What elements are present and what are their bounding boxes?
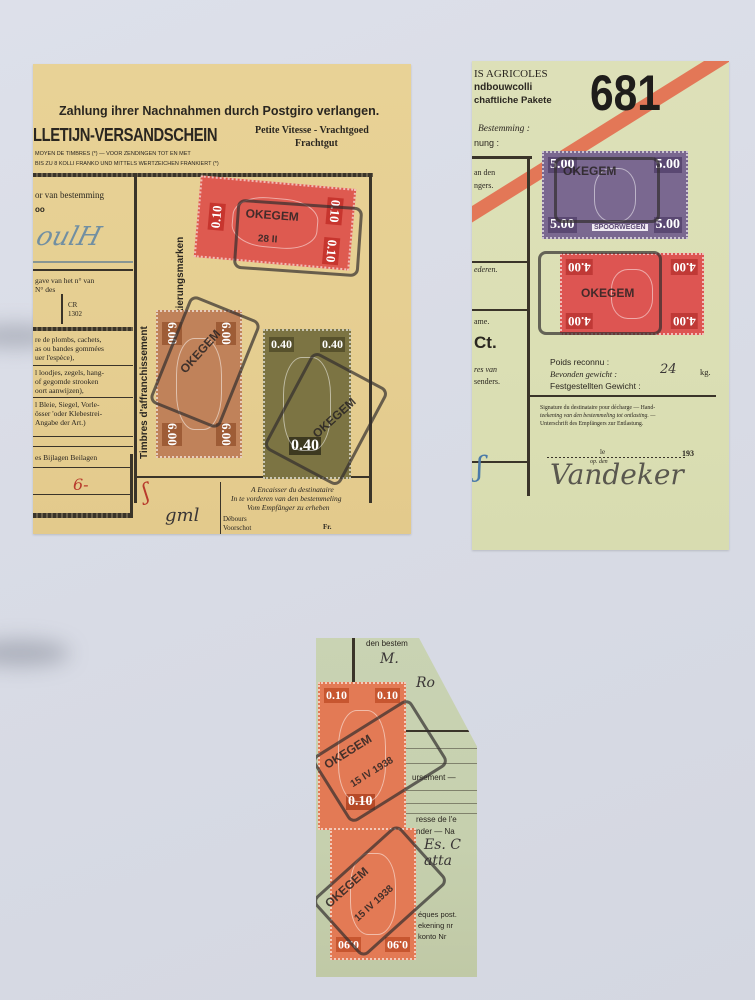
stamp-value: 0.10: [208, 203, 226, 231]
header-text: Zahlung ihrer Nachnahmen durch Postgiro …: [59, 105, 379, 118]
stamp-value: 0.90: [385, 937, 410, 952]
right-consignment-fragment: IS AGRICOLES ndbouwcolli chaftliche Pake…: [472, 61, 729, 550]
sig-line-2: teekening van den bestemmeling tot ontla…: [540, 414, 655, 420]
handwriting-red-2: ʃ: [139, 482, 152, 505]
vertical-label-2: kierungsmarken: [176, 237, 186, 314]
bestemming-label: Bestemming :: [478, 125, 530, 135]
stamp-value: 4.00: [671, 313, 698, 329]
rule: [33, 269, 133, 271]
postmark-text: OKEGEM: [563, 164, 616, 178]
vertical-label-1: Timbres d'affranchissement: [140, 326, 150, 459]
ref-label-2: N° des: [35, 286, 55, 294]
postmark-text: OKEGEM: [310, 395, 359, 441]
rule: [406, 813, 477, 814]
header-text-3: chaftliche Pakete: [474, 96, 552, 106]
sig-line-1: Signature du destinataire pour décharge …: [540, 406, 655, 412]
collect-line-3: Vom Empfänger zu erheben: [247, 504, 330, 512]
weight-handwritten: 24: [660, 363, 677, 376]
van-den-label: an den: [474, 169, 495, 177]
rule: [530, 395, 716, 397]
seals-de-1: l Bleie, Siegel, Vorle-: [35, 401, 100, 409]
cheques-1: éques post.: [418, 911, 457, 919]
rule: [406, 790, 477, 791]
rule: [33, 446, 133, 447]
seals-nl-1: l loodjes, zegels, hang-: [35, 369, 104, 377]
consignment-number: 681: [590, 68, 661, 118]
signature: Vandeker: [550, 461, 684, 489]
rule: [352, 638, 355, 688]
rule: [527, 156, 530, 496]
attachments-label: es Bijlagen Beilagen: [35, 454, 97, 462]
cancel-postmark: OKEGEM: [538, 251, 662, 335]
rule: [134, 173, 137, 503]
rule: [33, 513, 133, 518]
rule: [472, 156, 532, 159]
rule: [369, 173, 372, 503]
header-text-1: IS AGRICOLES: [474, 69, 548, 80]
ngers-label: ngers.: [474, 182, 493, 190]
poids-de: Festgestellten Gewicht :: [550, 382, 641, 391]
cheques-2: ekening nr: [418, 922, 453, 930]
rule: [33, 467, 133, 468]
rule: [33, 261, 133, 263]
voorschot-label: Voorschot: [223, 525, 251, 532]
seals-nl-3: oort aanwijzen),: [35, 387, 84, 395]
rule: [33, 397, 133, 398]
rule: [33, 327, 133, 331]
seals-fr-2: as ou bandes gommées: [35, 345, 104, 353]
postmark-date: 15 IV 1938: [353, 883, 396, 924]
service-line-2: Frachtgut: [295, 139, 338, 149]
shadow: [0, 640, 70, 666]
cancel-postmark: OKEGEM 28 II: [233, 199, 364, 278]
address-fr: resse de l'e: [416, 816, 457, 824]
sig-line-3: Unterschrift des Empfängers zur Entlastu…: [540, 422, 643, 428]
ame-label: ame.: [474, 318, 489, 326]
rule: [406, 803, 477, 804]
fr-label: Fr.: [323, 524, 332, 531]
seals-fr-1: re de plombs, cachets,: [35, 336, 101, 344]
debours-label: Débours: [223, 516, 247, 523]
collect-line-1: A Encaisser du destinataire: [251, 486, 334, 494]
res-van-label: res van: [474, 366, 497, 374]
kg-label: kg.: [700, 368, 711, 377]
ct-label: Ct.: [474, 334, 497, 351]
nung-label: nung :: [474, 139, 499, 148]
stamp-value: 0.10: [375, 688, 400, 703]
handwriting-2: Ro: [416, 676, 435, 690]
rule: [33, 436, 133, 437]
destination-sub: oo: [35, 206, 45, 214]
collect-line-2: In te vorderen van den bestemmeling: [231, 495, 341, 503]
rule: [33, 365, 133, 366]
seals-de-3: Angabe der Art.): [35, 419, 86, 427]
handwriting-blue: ʃ: [476, 453, 484, 481]
postmark-date: 15 IV 1938: [349, 755, 396, 790]
postmark-text: OKEGEM: [177, 327, 223, 376]
seals-fr-3: uer l'espèce),: [35, 354, 74, 362]
rule: [130, 454, 133, 518]
service-line-1: Petite Vitesse - Vrachtgoed: [255, 126, 369, 136]
postmark-text: OKEGEM: [581, 286, 634, 300]
stamp-value: 0.40: [269, 337, 294, 352]
cheques-3: konto Nr: [418, 933, 446, 941]
note-line-2: BIS ZU 8 KOLLI FRANKO UND MITTELS WERTZE…: [35, 162, 219, 168]
cancel-postmark: OKEGEM: [554, 157, 660, 223]
postmark-text: OKEGEM: [245, 206, 299, 224]
note-line-1: MOYEN DE TIMBRES (*) — VOOR ZENDINGEN TO…: [35, 152, 191, 158]
top-text: den bestem: [366, 640, 408, 648]
handwriting-1: M.: [380, 652, 399, 666]
form-title: LLETIJN-VERSANDSCHEIN: [33, 126, 217, 144]
handwriting-address: Es. C: [424, 838, 461, 852]
deren-label: ederen.: [474, 266, 497, 274]
seals-de-2: össer 'oder Klebestrei-: [35, 410, 102, 418]
rule: [472, 309, 527, 311]
poids-fr: Poids reconnu :: [550, 358, 609, 367]
stamp-value: 4.00: [671, 259, 698, 275]
seals-nl-2: of gegomde strooken: [35, 378, 98, 386]
stamp-value: 0.10: [324, 688, 349, 703]
rule: [220, 482, 221, 534]
cr-label: CR: [68, 302, 77, 309]
date-le: le: [600, 449, 605, 456]
cr-number: 1302: [68, 311, 82, 318]
poids-nl: Bevonden gewicht :: [550, 370, 617, 379]
header-text-2: ndbouwcolli: [474, 83, 532, 93]
handwriting-red: 6-: [73, 477, 89, 493]
rule: [472, 261, 527, 263]
left-consignment-fragment: Zahlung ihrer Nachnahmen durch Postgiro …: [33, 64, 411, 534]
destination-label: or van bestemming: [35, 191, 104, 200]
postmark-date: 28 II: [257, 233, 277, 245]
rule: [33, 494, 133, 495]
stamp-value: 0.40: [320, 337, 345, 352]
handwriting-dark: gml: [165, 507, 199, 525]
stamp-value: 6.00: [216, 423, 236, 446]
handwriting-blue: oulH: [34, 224, 104, 250]
bottom-consignment-fragment: den bestem M. Ro ursement — resse de l'e…: [316, 638, 477, 977]
stamp-label: SPOORWEGEN: [592, 224, 648, 231]
senders-label: senders.: [474, 378, 500, 386]
ref-label-1: gave van het n° van: [35, 277, 94, 285]
stamp-value: 6.00: [162, 423, 182, 446]
address-nl: nder — Na: [416, 828, 455, 836]
rule: [61, 294, 63, 324]
